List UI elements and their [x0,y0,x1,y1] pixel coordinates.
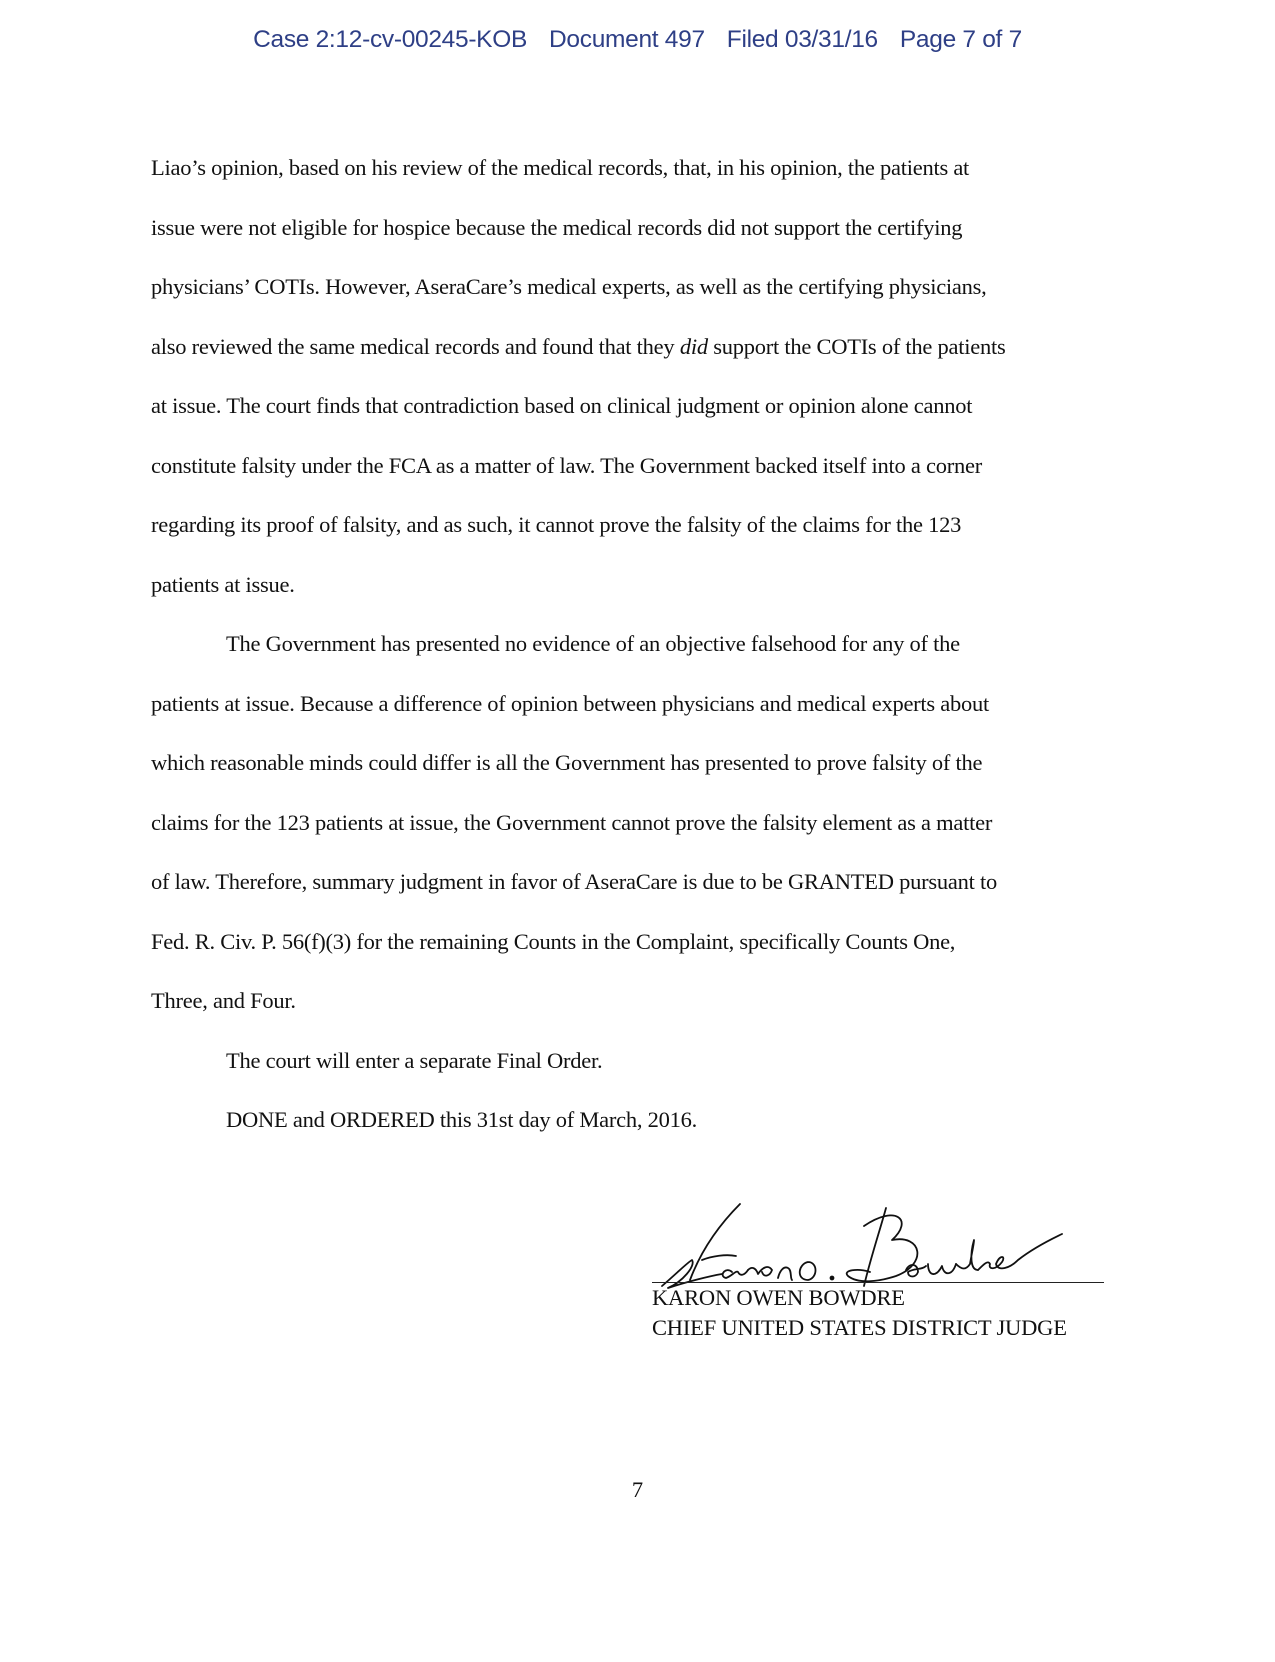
handwritten-signature [652,1190,1112,1290]
body-line: at issue. The court finds that contradic… [151,376,1131,436]
body-line: regarding its proof of falsity, and as s… [151,495,1131,555]
case-number: Case 2:12-cv-00245-KOB [253,26,527,53]
body-line: claims for the 123 patients at issue, th… [151,793,1131,853]
body-line: of law. Therefore, summary judgment in f… [151,852,1131,912]
document-number: Document 497 [549,26,705,53]
filed-date: Filed 03/31/16 [727,26,878,53]
page-number: 7 [0,1477,1275,1503]
body-line: constitute falsity under the FCA as a ma… [151,436,1131,496]
judge-title: CHIEF UNITED STATES DISTRICT JUDGE [652,1315,1067,1341]
body-line-with-emphasis: also reviewed the same medical records a… [151,317,1131,377]
body-line: patients at issue. Because a difference … [151,674,1131,734]
body-line: Fed. R. Civ. P. 56(f)(3) for the remaini… [151,912,1131,972]
body-line: patients at issue. [151,555,1131,615]
done-ordered-line: DONE and ORDERED this 31st day of March,… [151,1090,1131,1150]
judge-name: KARON OWEN BOWDRE [652,1285,905,1311]
ecf-header: Case 2:12-cv-00245-KOBDocument 497Filed … [0,26,1275,54]
body-line: Liao’s opinion, based on his review of t… [151,138,1131,198]
final-order-line: The court will enter a separate Final Or… [151,1031,1131,1091]
page-indicator: Page 7 of 7 [900,26,1022,53]
body-line: Three, and Four. [151,971,1131,1031]
emphasis-did: did [680,334,708,359]
body-line: The Government has presented no evidence… [151,614,1131,674]
signature-line [652,1282,1104,1283]
opinion-body: Liao’s opinion, based on his review of t… [151,138,1131,1150]
body-line: physicians’ COTIs. However, AseraCare’s … [151,257,1131,317]
body-line: issue were not eligible for hospice beca… [151,198,1131,258]
body-line: which reasonable minds could differ is a… [151,733,1131,793]
